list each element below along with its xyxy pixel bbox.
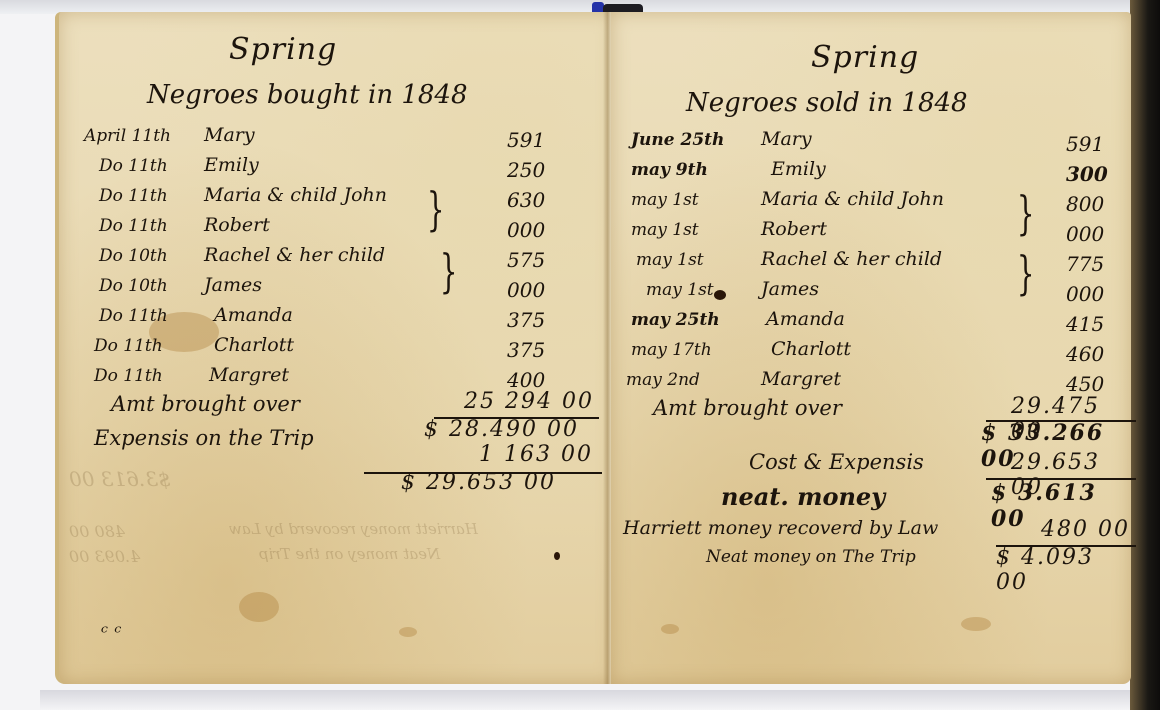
entry-date: may 17th xyxy=(631,340,771,360)
ledger-row: June 25th Mary xyxy=(631,128,1001,158)
neat-trip-amount: $ 4.093 00 xyxy=(996,545,1131,595)
ledger-row: may 9th Emily xyxy=(631,158,1011,188)
ledger-row: may 1st Robert xyxy=(631,218,1001,248)
brace-bracket: } xyxy=(427,182,445,236)
entry-name: Rachel & her child xyxy=(204,244,444,266)
entry-date: may 1st xyxy=(646,280,761,300)
ink-blot xyxy=(714,290,726,300)
expenses-label: Expensis on the Trip xyxy=(94,426,314,450)
entry-amount: 000 xyxy=(1066,282,1104,306)
entry-date: may 25th xyxy=(631,310,766,330)
entry-date: Do 11th xyxy=(99,156,204,176)
page-title: Negroes sold in 1848 xyxy=(686,88,968,118)
entry-amount: 450 xyxy=(1066,372,1104,396)
open-ledger-book: $3.613 00 480 00 4.093 00 Harriett money… xyxy=(55,12,1140,694)
entry-amount: 630 xyxy=(507,188,545,212)
ledger-row: April 11th Mary xyxy=(84,124,444,154)
entry-amount: 375 xyxy=(507,308,545,332)
entry-name: Rachel & her child xyxy=(761,248,1001,270)
entry-date: may 1st xyxy=(631,220,761,240)
expenses-amount: 1 163 00 xyxy=(479,442,593,467)
ledger-row: Do 11th Robert xyxy=(99,214,444,244)
entry-name: Amanda xyxy=(766,308,1006,330)
entry-name: James xyxy=(761,278,1001,300)
cost-expenses-label: Cost & Expensis xyxy=(749,450,924,474)
entry-name: Mary xyxy=(204,124,444,146)
entry-date: Do 11th xyxy=(99,306,214,326)
entry-name: Emily xyxy=(204,154,444,176)
ledger-row: may 17th Charlott xyxy=(631,338,1011,368)
entry-name: James xyxy=(204,274,444,296)
subtotal: $ 28.490 00 xyxy=(424,417,579,442)
entry-amount: 375 xyxy=(507,338,545,362)
ledger-row: Do 11th Amanda xyxy=(99,304,454,334)
ledger-row: Do 11th Emily xyxy=(99,154,444,184)
neat-money-label: neat. money xyxy=(721,482,885,511)
page-title: Negroes bought in 1848 xyxy=(147,80,468,110)
entry-date: may 9th xyxy=(631,160,771,180)
bleedthrough-text: $3.613 00 xyxy=(69,467,171,491)
entry-date: may 1st xyxy=(636,250,761,270)
grand-total: $ 29.653 00 xyxy=(401,470,556,495)
entry-amount: 415 xyxy=(1066,312,1104,336)
entry-name: Emily xyxy=(771,158,1011,180)
amount-brought-over-label: Amt brought over xyxy=(111,392,300,416)
entry-name: Charlott xyxy=(771,338,1011,360)
paper-stain xyxy=(239,592,279,622)
paper-stain xyxy=(961,617,991,631)
brace-bracket: } xyxy=(440,244,458,298)
bleedthrough-text: Harriett money recoverd by Law xyxy=(229,520,478,538)
paper-stain xyxy=(399,627,417,637)
brace-bracket: } xyxy=(1017,186,1035,240)
entry-amount: 250 xyxy=(507,158,545,182)
entry-date: Do 11th xyxy=(99,186,204,206)
bleedthrough-text: 4.093 00 xyxy=(69,547,140,566)
ledger-row: may 1st James xyxy=(646,278,1001,308)
ledger-row: Do 11th Charlott xyxy=(94,334,454,364)
ledger-row: Do 10th Rachel & her child xyxy=(99,244,444,274)
paper-stain xyxy=(661,624,679,634)
amount-brought-over: 25 294 00 xyxy=(464,389,594,414)
ledger-row: may 1st Maria & child John xyxy=(631,188,1001,218)
entry-date: April 11th xyxy=(84,126,204,146)
entry-date: Do 11th xyxy=(94,366,209,386)
entry-amount: 460 xyxy=(1066,342,1104,366)
ledger-row: Do 11th Margret xyxy=(94,364,449,394)
amount-brought-over-label: Amt brought over xyxy=(653,396,842,420)
entry-amount: 575 xyxy=(507,248,545,272)
ledger-row: may 1st Rachel & her child xyxy=(636,248,1001,278)
ledger-row: may 25th Amanda xyxy=(631,308,1006,338)
entry-date: Do 11th xyxy=(94,336,214,356)
entry-amount: 300 xyxy=(1066,162,1108,186)
page-heading: Spring xyxy=(229,32,337,67)
entry-name: Maria & child John xyxy=(204,184,444,206)
entry-amount: 800 xyxy=(1066,192,1104,216)
bleedthrough-text: Neat money on the Trip xyxy=(259,545,440,563)
entry-amount: 000 xyxy=(507,278,545,302)
entry-amount: 591 xyxy=(507,128,545,152)
brace-bracket: } xyxy=(1017,246,1035,300)
neat-trip-label: Neat money on The Trip xyxy=(706,547,916,567)
entry-name: Robert xyxy=(204,214,444,236)
entry-name: Margret xyxy=(761,368,1001,390)
entry-date: Do 10th xyxy=(99,246,204,266)
recovered-label: Harriett money recoverd by Law xyxy=(623,517,938,539)
ledger-row: Do 11th Maria & child John xyxy=(99,184,444,214)
entry-name: Robert xyxy=(761,218,1001,240)
entry-amount: 591 xyxy=(1066,132,1104,156)
ink-mark: ᶜ ᶜ xyxy=(101,620,121,644)
entry-date: Do 10th xyxy=(99,276,204,296)
entry-amount: 775 xyxy=(1066,252,1104,276)
ledger-row: Do 10th James xyxy=(99,274,444,304)
entry-name: Mary xyxy=(761,128,1001,150)
page-heading: Spring xyxy=(811,40,919,75)
entry-name: Margret xyxy=(209,364,449,386)
ledger-row: may 2nd Margret xyxy=(626,368,1001,398)
entry-name: Charlott xyxy=(214,334,454,356)
entry-name: Amanda xyxy=(214,304,454,326)
entry-date: Do 11th xyxy=(99,216,204,236)
entry-date: June 25th xyxy=(631,130,761,150)
entry-name: Maria & child John xyxy=(761,188,1001,210)
entry-date: may 2nd xyxy=(626,370,761,390)
entry-amount: 000 xyxy=(1066,222,1104,246)
right-page: Spring Negroes sold in 1848 June 25th Ma… xyxy=(611,12,1131,684)
ink-blot xyxy=(554,552,560,560)
recovered-amount: 480 00 xyxy=(1041,517,1130,542)
entry-amount: 000 xyxy=(507,218,545,242)
bleedthrough-text: 480 00 xyxy=(69,522,125,541)
entry-date: may 1st xyxy=(631,190,761,210)
left-page: $3.613 00 480 00 4.093 00 Harriett money… xyxy=(55,12,615,684)
